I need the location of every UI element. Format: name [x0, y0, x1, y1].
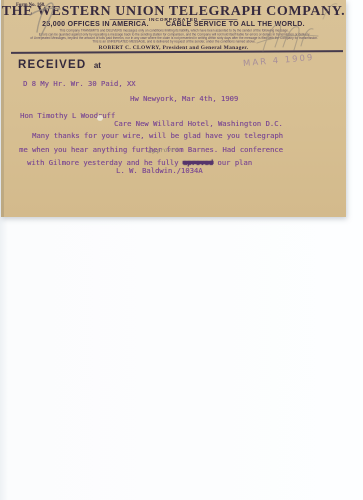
conditions-line: This Company TRANSMITS and DELIVERS mess…	[7, 29, 341, 33]
cable-service: CABLE SERVICE TO ALL THE WORLD.	[166, 21, 305, 28]
received-label: RECEIVED	[18, 59, 86, 71]
officer-signature-line: ROBERT C. CLOWRY, President and General …	[56, 44, 291, 50]
addressee-line: Hon Timothy L Woodruff	[20, 111, 115, 120]
conditions-text-block: This Company TRANSMITS and DELIVERS mess…	[7, 29, 341, 44]
received-at-label: at	[94, 61, 101, 70]
conditions-line: Errors can be guarded against only by re…	[7, 32, 341, 36]
telegram-paper: Form No. 168. THE WESTERN UNION TELEGRAP…	[1, 0, 346, 217]
address-line: Care New Willard Hotel, Washington D.C.	[114, 119, 283, 128]
service-line: D 8 My Hr. Wr. 30 Paid, XX	[23, 79, 136, 88]
conditions-line: This is an UNREPEATED MESSAGE, and is de…	[7, 40, 341, 44]
message-line-3-suffix: our plan	[213, 158, 252, 167]
message-line-1: Many thanks for your wire, will be glad …	[32, 131, 283, 140]
offices-line: 25,000 OFFICES IN AMERICA. CABLE SERVICE…	[1, 21, 346, 28]
dateline: Hw Newyork, Mar 4th, 1909	[130, 94, 238, 103]
received-row: RECEIVED at	[18, 55, 101, 73]
sender-signature: L. W. Baldwin./1034A	[116, 166, 203, 175]
scan-background: Form No. 168. THE WESTERN UNION TELEGRAP…	[0, 0, 363, 500]
offices-count: 25,000 OFFICES IN AMERICA.	[42, 21, 149, 28]
conditions-line: of Unrepeated Messages, beyond the amoun…	[7, 36, 341, 40]
